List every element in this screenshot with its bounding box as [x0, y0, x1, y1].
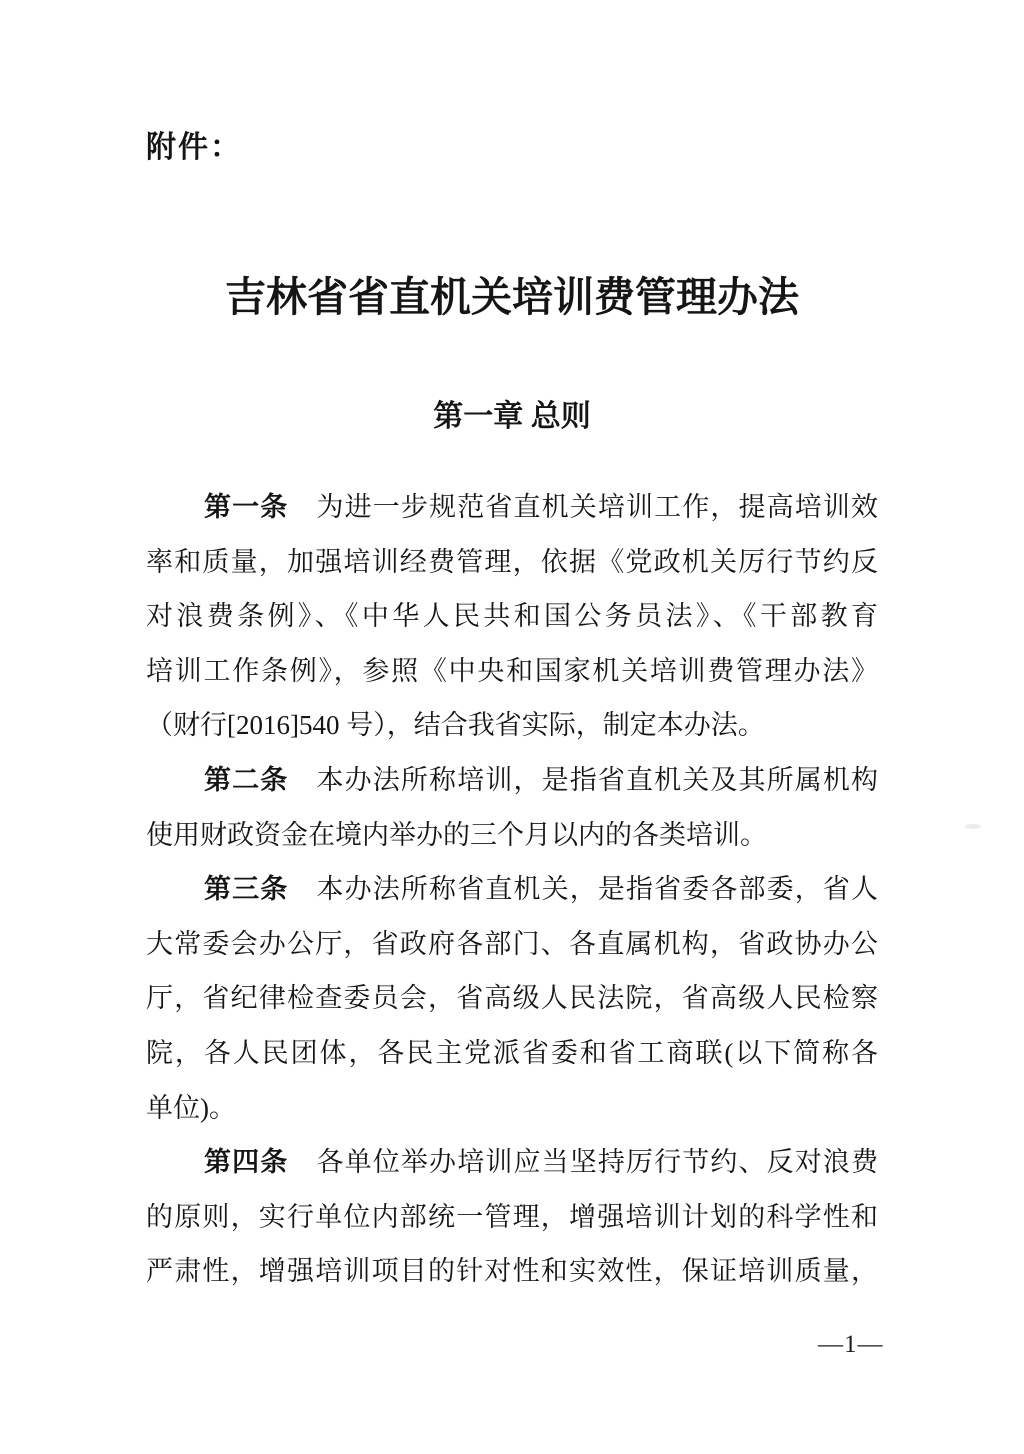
document-page: 附件： 吉林省省直机关培训费管理办法 第一章 总则 第一条 为进一步规范省直机关… [0, 0, 1024, 1454]
document-title: 吉林省省直机关培训费管理办法 [0, 273, 1024, 322]
paragraph-article-2: 第二条 本办法所称培训，是指省直机关及其所属机构 使用财政资金在境内举办的三个月… [146, 753, 878, 862]
line-text: 严肃性，增强培训项目的针对性和实效性，保证培训质量， [146, 1256, 878, 1286]
article-number: 第一条 [204, 492, 288, 522]
paragraph-line: 使用财政资金在境内举办的三个月以内的各类培训。 [146, 808, 878, 863]
paragraph-line: 院，各人民团体，各民主党派省委和省工商联(以下简称各 [146, 1026, 878, 1081]
paragraph-line: 严肃性，增强培训项目的针对性和实效性，保证培训质量， [146, 1244, 878, 1299]
paragraph-line: 率和质量，加强培训经费管理，依据《党政机关厉行节约反 [146, 535, 878, 590]
line-text: 厅，省纪律检查委员会，省高级人民法院，省高级人民检察 [146, 983, 878, 1013]
line-text: 对浪费条例》、《中华人民共和国公务员法》、《干部教育 [146, 601, 878, 631]
paragraph-line: 第四条 各单位举办培训应当坚持厉行节约、反对浪费 [146, 1135, 878, 1190]
chapter-heading: 第一章 总则 [0, 399, 1024, 435]
line-text: 院，各人民团体，各民主党派省委和省工商联(以下简称各 [146, 1038, 878, 1068]
paragraph-line: （财行[2016]540 号），结合我省实际，制定本办法。 [146, 698, 878, 753]
paragraph-line: 的原则，实行单位内部统一管理，增强培训计划的科学性和 [146, 1190, 878, 1245]
paragraph-line: 单位)。 [146, 1081, 878, 1136]
line-text: 率和质量，加强培训经费管理，依据《党政机关厉行节约反 [146, 547, 878, 577]
paragraph-line: 第二条 本办法所称培训，是指省直机关及其所属机构 [146, 753, 878, 808]
line-text: 各单位举办培训应当坚持厉行节约、反对浪费 [288, 1147, 878, 1177]
article-number: 第三条 [204, 874, 288, 904]
paragraph-line: 对浪费条例》、《中华人民共和国公务员法》、《干部教育 [146, 589, 878, 644]
line-text: 本办法所称省直机关，是指省委各部委，省人 [288, 874, 878, 904]
line-text: 为进一步规范省直机关培训工作，提高培训效 [288, 492, 878, 522]
paragraph-line: 厅，省纪律检查委员会，省高级人民法院，省高级人民检察 [146, 971, 878, 1026]
line-text: （财行[2016]540 号），结合我省实际，制定本办法。 [146, 710, 765, 740]
line-text: 本办法所称培训，是指省直机关及其所属机构 [288, 765, 878, 795]
line-text: 单位)。 [146, 1093, 236, 1123]
article-number: 第二条 [204, 765, 288, 795]
scan-artifact [965, 824, 981, 829]
paragraph-line: 第一条 为进一步规范省直机关培训工作，提高培训效 [146, 480, 878, 535]
paragraph-line: 培训工作条例》，参照《中央和国家机关培训费管理办法》 [146, 644, 878, 699]
line-text: 使用财政资金在境内举办的三个月以内的各类培训。 [146, 820, 767, 850]
page-number: —1— [818, 1331, 884, 1359]
paragraph-line: 第三条 本办法所称省直机关，是指省委各部委，省人 [146, 862, 878, 917]
paragraph-article-4: 第四条 各单位举办培训应当坚持厉行节约、反对浪费 的原则，实行单位内部统一管理，… [146, 1135, 878, 1299]
attachment-label: 附件： [146, 131, 242, 164]
article-number: 第四条 [204, 1147, 288, 1177]
paragraph-line: 大常委会办公厅，省政府各部门、各直属机构，省政协办公 [146, 917, 878, 972]
paragraph-article-3: 第三条 本办法所称省直机关，是指省委各部委，省人 大常委会办公厅，省政府各部门、… [146, 862, 878, 1135]
line-text: 的原则，实行单位内部统一管理，增强培训计划的科学性和 [146, 1202, 878, 1232]
line-text: 大常委会办公厅，省政府各部门、各直属机构，省政协办公 [146, 929, 878, 959]
paragraph-article-1: 第一条 为进一步规范省直机关培训工作，提高培训效 率和质量，加强培训经费管理，依… [146, 480, 878, 753]
document-body: 第一条 为进一步规范省直机关培训工作，提高培训效 率和质量，加强培训经费管理，依… [146, 480, 878, 1299]
line-text: 培训工作条例》，参照《中央和国家机关培训费管理办法》 [146, 656, 878, 686]
